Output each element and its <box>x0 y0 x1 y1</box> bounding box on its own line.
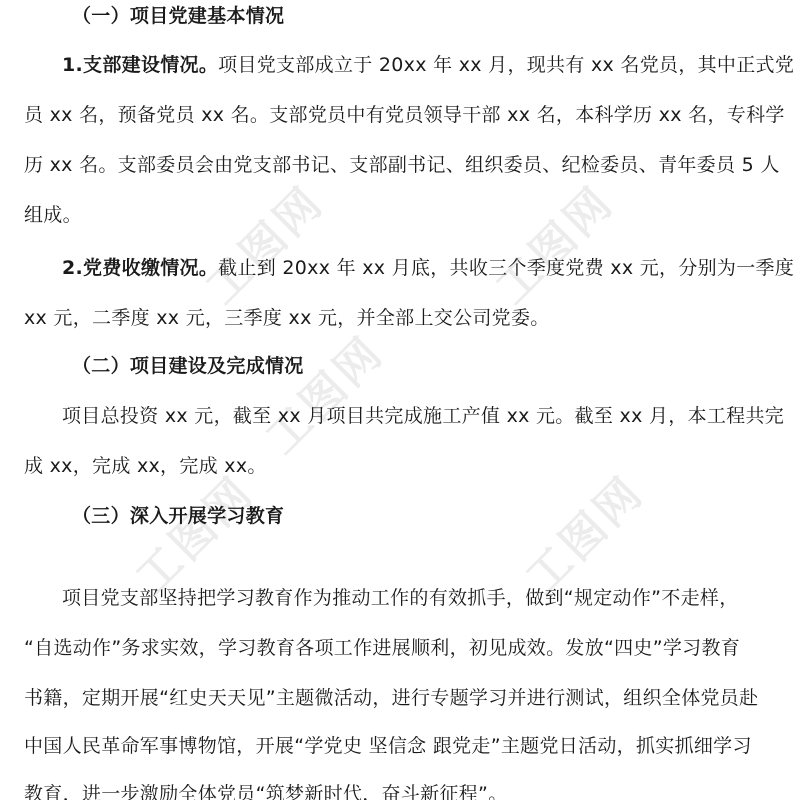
paragraph-line: 1.支部建设情况。项目党支部成立于 20xx 年 xx 月，现共有 xx 名党员… <box>62 53 794 77</box>
paragraph-line: 项目党支部坚持把学习教育作为推动工作的有效抓手，做到“规定动作”不走样， <box>62 586 739 610</box>
paragraph-lead: 1.支部建设情况。 <box>62 54 218 76</box>
paragraph-line: 历 xx 名。支部委员会由党支部书记、支部副书记、组织委员、纪检委员、青年委员 … <box>24 153 780 177</box>
watermark-text: 工图网 <box>248 318 395 465</box>
paragraph-line: 教育，进一步激励全体党员“筑梦新时代，奋斗新征程”。 <box>24 782 508 800</box>
paragraph-line: 书籍，定期开展“红史天天见”主题微活动，进行专题学习并进行测试，组织全体党员赴 <box>24 686 758 710</box>
paragraph-line: 组成。 <box>24 203 82 227</box>
watermark-text: 工图网 <box>188 168 335 315</box>
paragraph-line: xx 元，二季度 xx 元，三季度 xx 元，并全部上交公司党委。 <box>24 306 550 330</box>
watermark-text: 工图网 <box>508 458 655 605</box>
paragraph-text: 截止到 20xx 年 xx 月底，共收三个季度党费 xx 元，分别为一季度 <box>218 257 794 279</box>
section-heading: （二）项目建设及完成情况 <box>72 354 304 378</box>
paragraph-line: “自选动作”务求实效，学习教育各项工作进展顺利，初见成效。发放“四史”学习教育 <box>24 636 740 660</box>
watermark-text: 工图网 <box>118 458 265 605</box>
paragraph-line: 2.党费收缴情况。截止到 20xx 年 xx 月底，共收三个季度党费 xx 元，… <box>62 256 794 280</box>
paragraph-line: 中国人民革命军事博物馆，开展“学党史 坚信念 跟党走”主题党日活动，抓实抓细学习 <box>24 734 752 758</box>
paragraph-text: 项目党支部成立于 20xx 年 xx 月，现共有 xx 名党员，其中正式党 <box>218 54 794 76</box>
paragraph-line: 员 xx 名，预备党员 xx 名。支部党员中有党员领导干部 xx 名，本科学历 … <box>24 103 785 127</box>
watermark-text: 工图网 <box>478 168 625 315</box>
section-heading: （一）项目党建基本情况 <box>72 4 284 28</box>
paragraph-lead: 2.党费收缴情况。 <box>62 257 218 279</box>
paragraph-line: 项目总投资 xx 元，截至 xx 月项目共完成施工产值 xx 元。截至 xx 月… <box>62 404 784 428</box>
section-heading: （三）深入开展学习教育 <box>72 504 284 528</box>
paragraph-line: 成 xx，完成 xx，完成 xx。 <box>24 454 267 478</box>
